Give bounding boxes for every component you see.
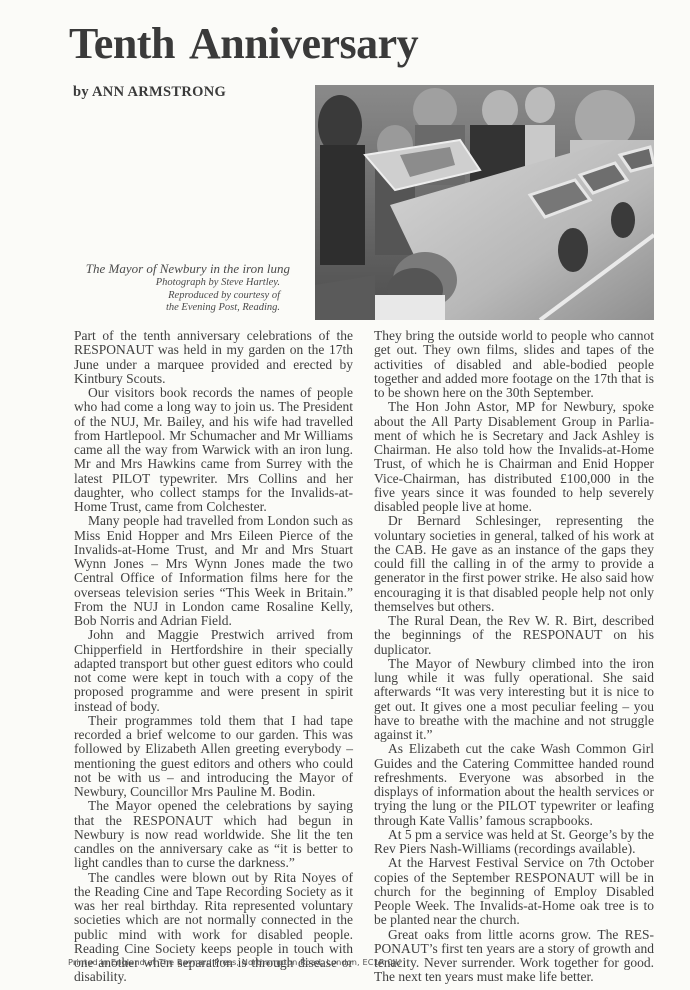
paragraph: The Hon John Astor, MP for Newbury, spok…	[374, 400, 654, 514]
photo-credit-line: the Evening Post, Reading.	[80, 302, 280, 315]
caption-text: The Mayor of Newbury in the iron lung	[80, 261, 290, 277]
article-photo	[315, 85, 654, 320]
article-column-left: Part of the tenth anniversary celebratio…	[74, 329, 353, 985]
paragraph: They bring the outside world to people w…	[374, 329, 654, 400]
article-column-right: They bring the outside world to people w…	[374, 329, 654, 985]
paragraph: The candles were blown out by Rita Noyes…	[74, 871, 353, 985]
photo-credit-line: Reproduced by courtesy of	[80, 290, 280, 303]
photo-caption: The Mayor of Newbury in the iron lung Ph…	[80, 261, 280, 315]
paragraph: The Rural Dean, the Rev W. R. Birt, desc…	[374, 614, 654, 657]
byline: by ANN ARMSTRONG	[73, 84, 226, 101]
paragraph: As Elizabeth cut the cake Wash Common Gi…	[374, 742, 654, 828]
paragraph: The Mayor opened the celebrations by say…	[74, 799, 353, 870]
printer-imprint: Printed in England at The Baynard Press,…	[68, 957, 401, 967]
paragraph: Great oaks from little acorns grow. The …	[374, 928, 654, 985]
photo-credit-line: Photograph by Steve Hartley.	[80, 277, 280, 290]
article-title: Tenth Anniversary	[69, 22, 418, 66]
paragraph: Part of the tenth anniversary celebratio…	[74, 329, 353, 386]
paragraph: At the Harvest Festival Service on 7th O…	[374, 856, 654, 927]
paragraph: Our visitors book records the names of p…	[74, 386, 353, 514]
paragraph: The Mayor of Newbury climbed into the ir…	[374, 657, 654, 743]
paragraph: John and Maggie Prestwich arrived from C…	[74, 628, 353, 714]
iron-lung-photo-illustration	[315, 85, 654, 320]
paragraph: Their programmes told them that I had ta…	[74, 714, 353, 800]
paragraph: Dr Bernard Schlesinger, representing the…	[374, 514, 654, 614]
paragraph: At 5 pm a service was held at St. George…	[374, 828, 654, 857]
paragraph: Many people had travelled from London su…	[74, 514, 353, 628]
